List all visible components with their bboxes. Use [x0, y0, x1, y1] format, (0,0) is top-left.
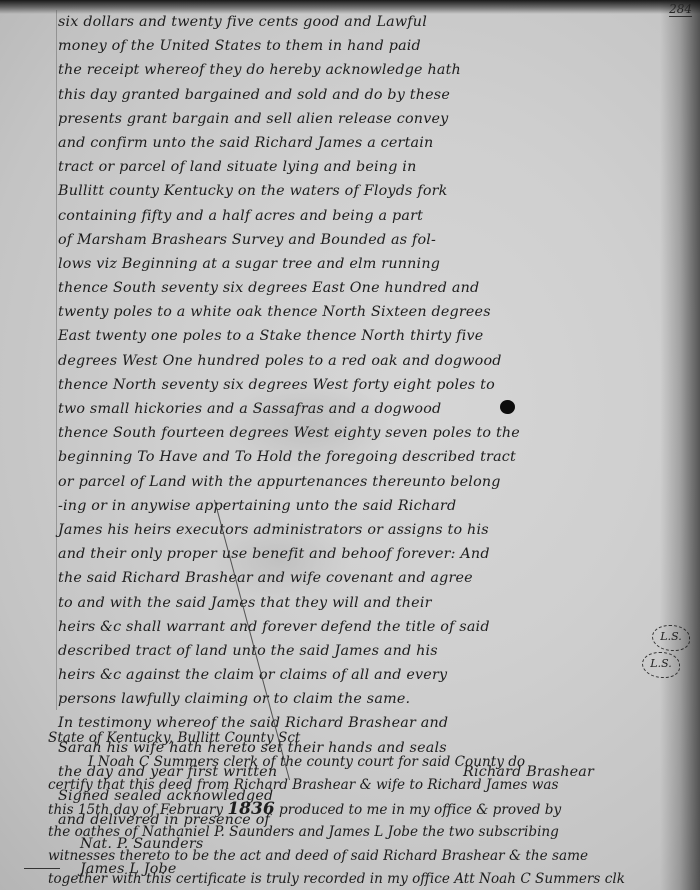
deed-line: twenty poles to a white oak thence North…: [58, 300, 688, 324]
binding-shadow: [660, 0, 700, 890]
certificate-date-rest: produced to me in my office & proved by: [279, 802, 561, 818]
deed-line: East twenty one poles to a Stake thence …: [58, 324, 688, 348]
scanned-deed-page: 284 six dollars and twenty five cents go…: [0, 0, 700, 890]
certificate-line: witnesses thereto to be the act and deed…: [48, 845, 698, 869]
margin-underline-mark: [24, 868, 60, 869]
ink-blot: [500, 400, 515, 414]
deed-line: containing fifty and a half acres and be…: [58, 204, 688, 228]
ruled-margin-line: [56, 10, 57, 710]
certificate-line: I Noah C Summers clerk of the county cou…: [48, 751, 698, 775]
deed-line: to and with the said James that they wil…: [58, 591, 688, 615]
certificate-line-final: together with this certificate is truly …: [48, 868, 698, 890]
deed-line: persons lawfully claiming or to claim th…: [58, 687, 688, 711]
deed-line: tract or parcel of land situate lying an…: [58, 155, 688, 179]
deed-line: degrees West One hundred poles to a red …: [58, 349, 688, 373]
deed-line: money of the United States to them in ha…: [58, 34, 688, 58]
deed-line: or parcel of Land with the appurtenances…: [58, 470, 688, 494]
deed-line: described tract of land unto the said Ja…: [58, 639, 688, 663]
certificate-line-date: this 15th day of February 1836 produced …: [48, 798, 698, 822]
deed-line: and confirm unto the said Richard James …: [58, 131, 688, 155]
certificate-line-text: together with this certificate is truly …: [48, 871, 450, 887]
certificate-heading: State of Kentucky, Bullitt County Sct: [48, 727, 698, 751]
deed-line: of Marsham Brashears Survey and Bounded …: [58, 228, 688, 252]
deed-line: thence South seventy six degrees East On…: [58, 276, 688, 300]
certificate-year: 1836: [227, 799, 274, 819]
deed-line: the receipt whereof they do hereby ackno…: [58, 58, 688, 82]
deed-line: two small hickories and a Sassafras and …: [58, 397, 688, 421]
deed-line: -ing or in anywise appertaining unto the…: [58, 494, 688, 518]
deed-line: this day granted bargained and sold and …: [58, 83, 688, 107]
deed-line: heirs &c shall warrant and forever defen…: [58, 615, 688, 639]
certificate-line: the oathes of Nathaniel P. Saunders and …: [48, 821, 698, 845]
deed-line: the said Richard Brashear and wife coven…: [58, 566, 688, 590]
deed-line: James his heirs executors administrators…: [58, 518, 688, 542]
deed-line: thence North seventy six degrees West fo…: [58, 373, 688, 397]
deed-line: thence South fourteen degrees West eight…: [58, 421, 688, 445]
deed-line: Bullitt county Kentucky on the waters of…: [58, 179, 688, 203]
deed-line: lows viz Beginning at a sugar tree and e…: [58, 252, 688, 276]
deed-line: heirs &c against the claim or claims of …: [58, 663, 688, 687]
deed-line: beginning To Have and To Hold the forego…: [58, 445, 688, 469]
certificate-line: certify that this deed from Richard Bras…: [48, 774, 698, 798]
deed-line: presents grant bargain and sell alien re…: [58, 107, 688, 131]
deed-line: six dollars and twenty five cents good a…: [58, 10, 688, 34]
clerk-signature: Att Noah C Summers clk: [454, 871, 625, 887]
deed-line: and their only proper use benefit and be…: [58, 542, 688, 566]
certificate-date-text: this 15th day of February: [48, 802, 223, 818]
clerk-certificate: State of Kentucky, Bullitt County Sct I …: [48, 727, 698, 890]
